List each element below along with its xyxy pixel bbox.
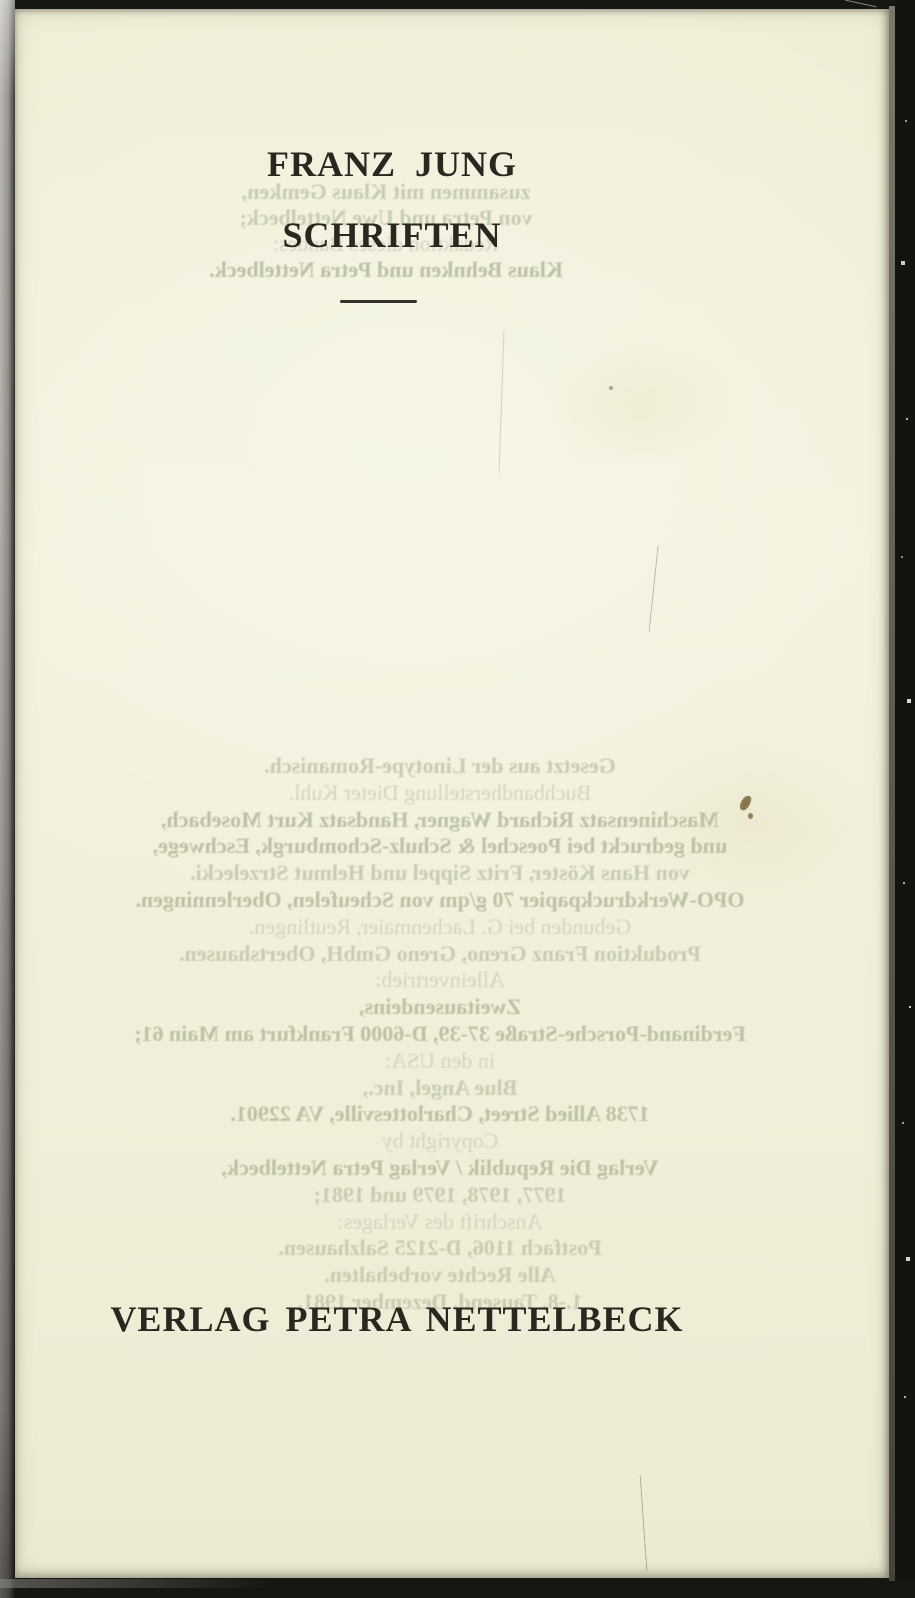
showthrough-line: Postfach 1106, D-2125 Salzhausen.	[90, 1235, 790, 1262]
book-page: zusammen mit Klaus Gemken, von Petra und…	[15, 9, 889, 1578]
paper-crease	[499, 331, 507, 473]
showthrough-line: Zweitausendeins,	[90, 994, 790, 1021]
paper-fiber	[640, 1475, 659, 1572]
scanner-right-background	[895, 0, 915, 1582]
showthrough-line: OPO-Werkdruckpapier 70 g/qm von Scheufel…	[90, 887, 790, 914]
showthrough-line: und gedruckt bei Poeschel & Schulz-Schom…	[90, 833, 790, 860]
showthrough-line: Alle Rechte vorbehalten.	[90, 1262, 790, 1289]
showthrough-colophon-block: Gesetzt aus der Linotype-Romanisch. Buch…	[90, 753, 790, 1316]
showthrough-line: Copyright by	[90, 1128, 790, 1155]
showthrough-line: von Hans Köster, Fritz Sippel und Helmut…	[90, 860, 790, 887]
scan-stage: zusammen mit Klaus Gemken, von Petra und…	[0, 0, 915, 1598]
dust-speck	[609, 386, 613, 390]
showthrough-line: 1738 Allied Street, Charlottesville, VA …	[90, 1101, 790, 1128]
scanner-hairline	[845, 0, 877, 7]
showthrough-line: 1977, 1978, 1979 und 1981;	[90, 1182, 790, 1209]
showthrough-line: Klaus Behnken und Petra Nettelbeck.	[36, 257, 736, 283]
work-title: SCHRIFTEN	[42, 214, 742, 256]
showthrough-line: Buchbandherstellung Dieter Kuhl.	[90, 780, 790, 807]
scanner-smudge	[0, 1579, 270, 1588]
title-rule	[340, 300, 417, 303]
showthrough-line: Gebunden bei G. Lachenmaier, Reutlingen.	[90, 914, 790, 941]
publisher-imprint: VERLAG PETRA NETTELBECK	[47, 1298, 747, 1340]
showthrough-line: Alleinvertrieb:	[90, 967, 790, 994]
author-title: FRANZ JUNG	[42, 143, 742, 185]
showthrough-line: Produktion Franz Greno, Greno GmbH, Ober…	[90, 941, 790, 968]
scratch-mark	[648, 545, 664, 633]
showthrough-line: Ferdinand-Porsche-Straße 37-39, D-6000 F…	[90, 1021, 790, 1048]
scanner-left-edge	[0, 0, 15, 1598]
showthrough-line: in den USA:	[90, 1048, 790, 1075]
showthrough-line: Anschrift des Verlages:	[90, 1209, 790, 1236]
dust-speck	[748, 813, 753, 819]
showthrough-line: Maschinensatz Richard Wagner, Handsatz K…	[90, 807, 790, 834]
showthrough-line: Verlag Die Republik / Verlag Petra Nette…	[90, 1155, 790, 1182]
showthrough-line: Blue Angel, Inc.,	[90, 1075, 790, 1102]
scanner-dust	[901, 0, 903, 2]
showthrough-line: Gesetzt aus der Linotype-Romanisch.	[90, 753, 790, 780]
